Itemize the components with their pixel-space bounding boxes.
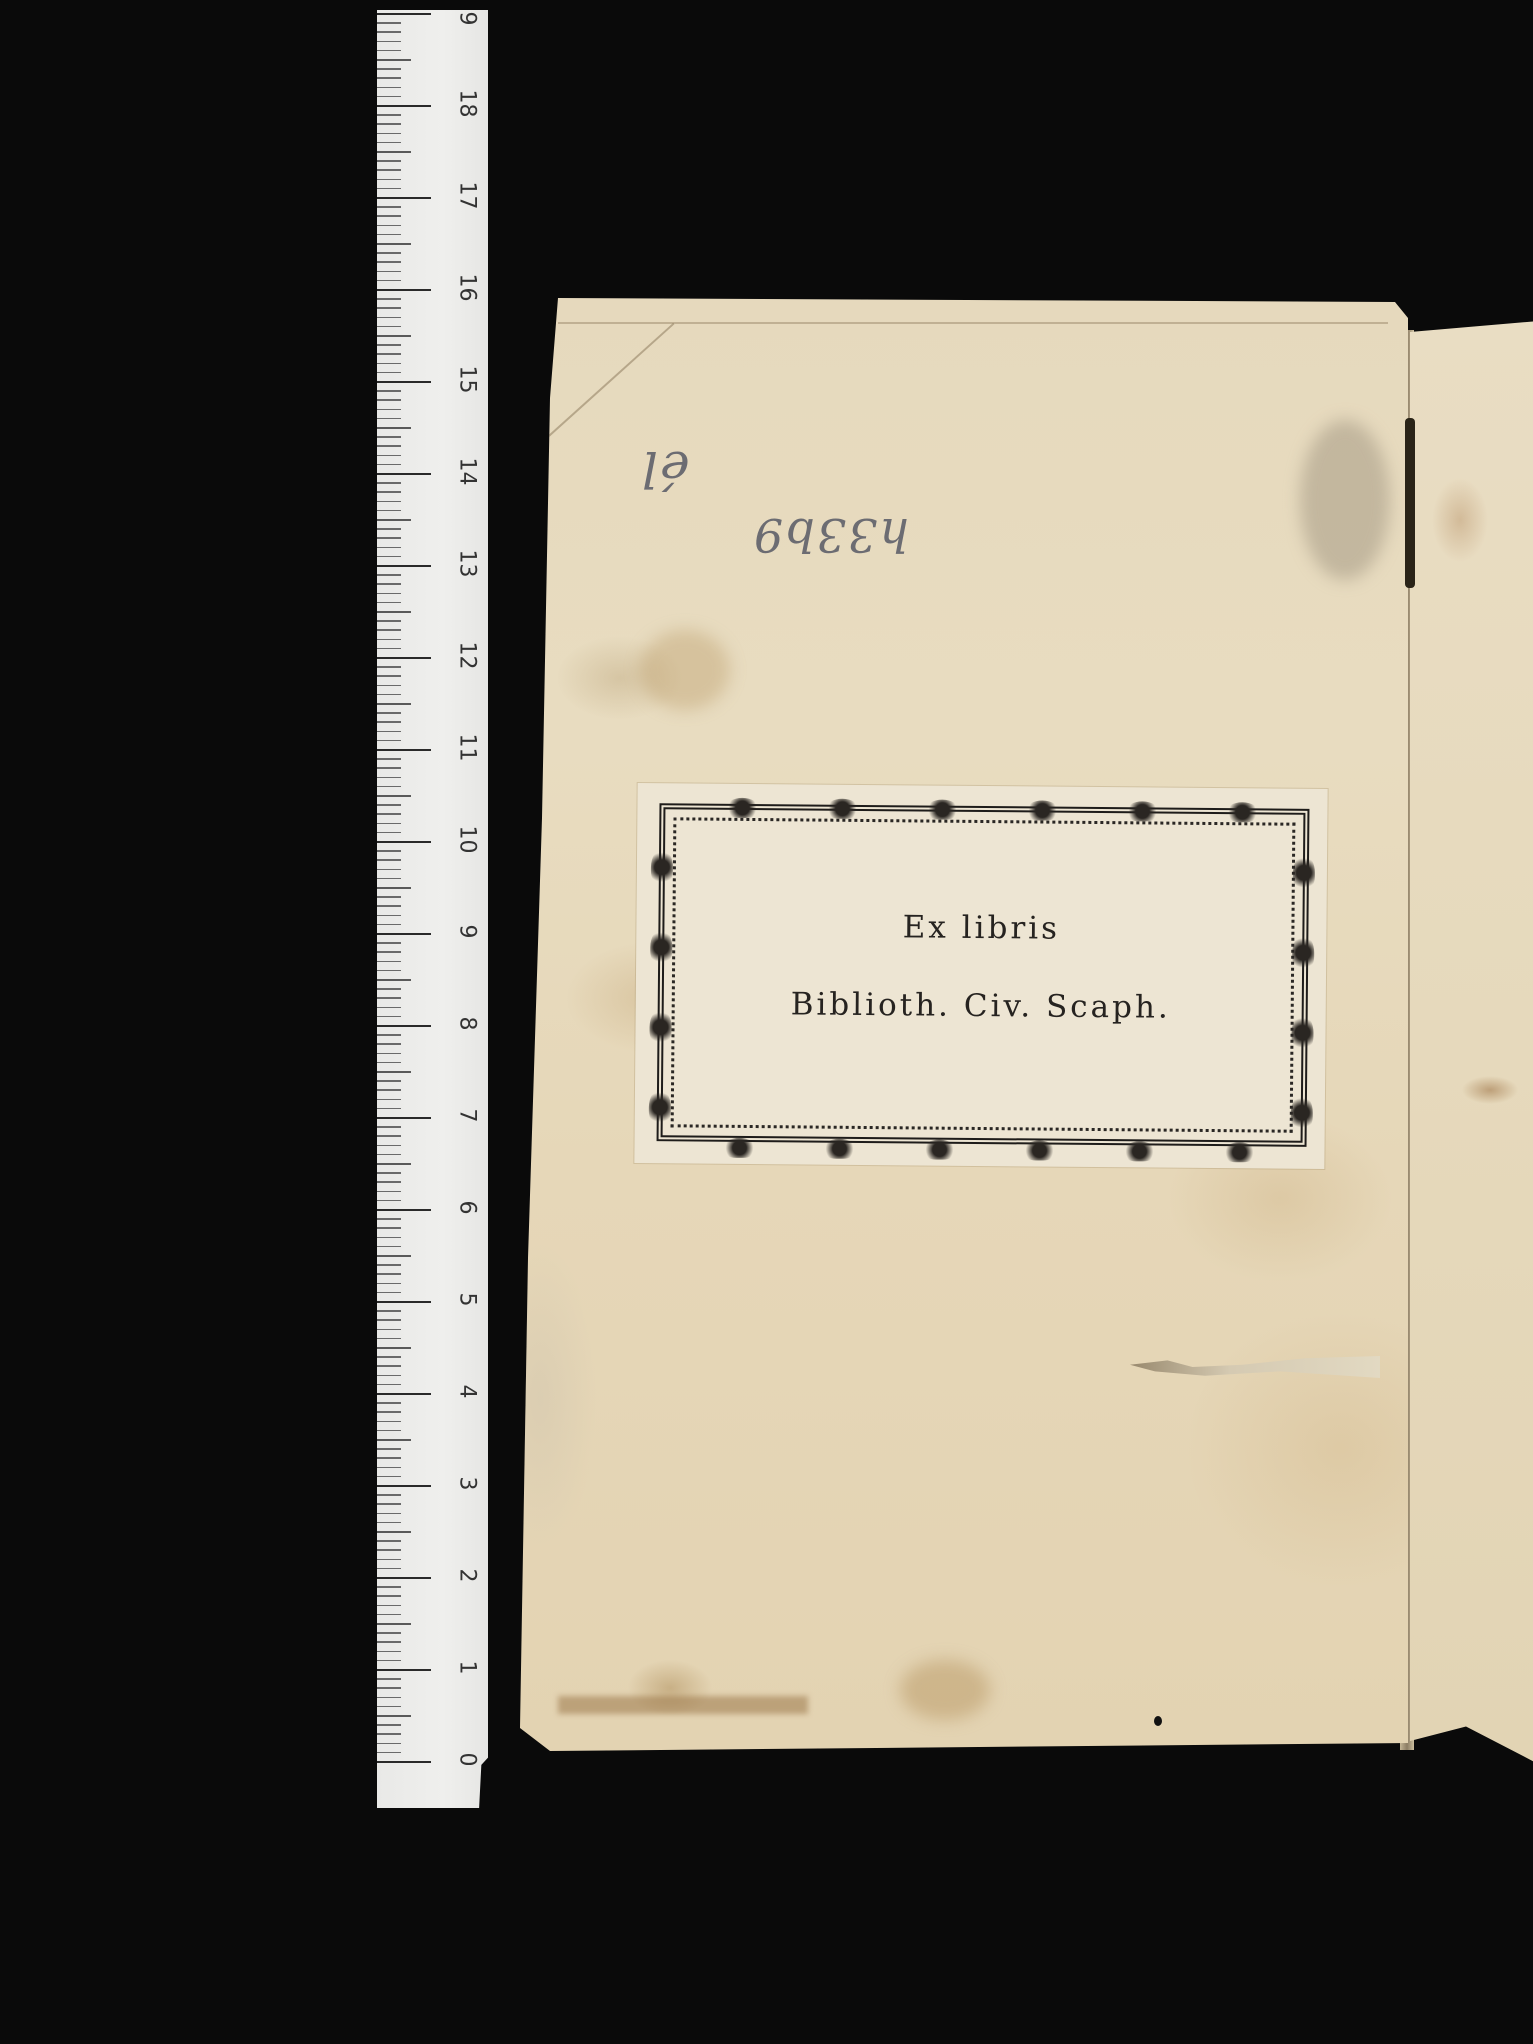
ruler-mm-tick — [377, 142, 401, 144]
ruler-mm-tick — [377, 77, 401, 79]
ruler-label: 15 — [455, 360, 480, 400]
ruler-mm-tick — [377, 1135, 401, 1137]
ruler-mm-tick — [377, 1043, 401, 1045]
ruler-mm-tick — [377, 528, 401, 530]
ruler-mm-tick — [377, 280, 401, 282]
ruler-mm-tick — [377, 353, 401, 355]
ruler-mm-tick — [377, 123, 401, 125]
ruler-mm-tick — [377, 1651, 401, 1653]
ruler-mm-tick — [377, 675, 401, 677]
ruler-mm-tick — [377, 1329, 401, 1331]
border-flourish — [1222, 1142, 1256, 1162]
ruler-mm-tick — [377, 50, 401, 52]
ruler-mm-tick — [377, 1540, 401, 1542]
ruler-mm-tick — [377, 1687, 401, 1689]
ruler-mm-tick — [377, 1605, 401, 1607]
ruler-mm-tick — [377, 22, 401, 24]
ruler-mm-tick — [377, 445, 401, 447]
ruler-mm-tick — [377, 593, 401, 595]
border-flourish — [822, 1139, 856, 1159]
ruler-mm-tick — [377, 823, 401, 825]
pencil-mark-1: él — [640, 440, 690, 498]
ruler-mm-tick — [377, 1678, 401, 1680]
ruler-mm-tick — [377, 869, 401, 871]
ruler-mm-tick — [377, 758, 401, 760]
ruler-mm-tick — [377, 418, 401, 420]
ruler-label: 14 — [455, 452, 480, 492]
ruler-mm-tick — [377, 1513, 401, 1515]
ruler-mm-tick — [377, 1595, 401, 1597]
ruler-mm-tick — [377, 271, 401, 273]
ruler-mm-tick — [377, 501, 401, 503]
border-flourish — [1293, 855, 1315, 891]
ruler-mm-tick — [377, 1568, 401, 1570]
ruler-mm-tick — [377, 1089, 401, 1091]
ruler-label: 6 — [455, 1188, 480, 1228]
ruler-cm-tick — [377, 13, 431, 15]
ruler-mm-tick — [377, 1375, 401, 1377]
ruler-cm-tick — [377, 1117, 431, 1119]
ruler-mm-tick — [377, 1660, 401, 1662]
ruler-mm-tick — [377, 1191, 401, 1193]
ruler-cm-tick — [377, 1209, 431, 1211]
ruler-mm-tick — [377, 87, 401, 89]
ruler-mm-tick — [377, 767, 401, 769]
ruler-mm-tick — [377, 261, 401, 263]
ruler-mm-tick — [377, 1439, 411, 1441]
ruler-cm-tick — [377, 289, 431, 291]
ruler-mm-tick — [377, 133, 401, 135]
bookplate-heading: Ex libris — [636, 907, 1326, 949]
ruler-mm-tick — [377, 1430, 401, 1432]
ruler-mm-tick — [377, 1071, 411, 1073]
ruler-mm-tick — [377, 795, 411, 797]
ruler-label: 13 — [455, 544, 480, 584]
ruler-mm-tick — [377, 777, 401, 779]
ruler-mm-tick — [377, 1697, 401, 1699]
ruler-label: 8 — [455, 1004, 480, 1044]
ruler-cm-tick — [377, 1485, 431, 1487]
corner-crease — [539, 323, 674, 445]
ruler-mm-tick — [377, 243, 411, 245]
ruler-label: 4 — [455, 1372, 480, 1412]
ruler-cm-tick — [377, 1669, 431, 1671]
ruler-cm-tick — [377, 749, 431, 751]
measuring-ruler: 012345678910111213141516171819 — [377, 10, 488, 1808]
ruler-mm-tick — [377, 1743, 401, 1745]
ruler-mm-tick — [377, 1347, 411, 1349]
ruler-mm-tick — [377, 1448, 401, 1450]
ruler-mm-tick — [377, 1586, 401, 1588]
ruler-mm-tick — [377, 915, 401, 917]
ruler-mm-tick — [377, 68, 401, 70]
ruler-mm-tick — [377, 1145, 401, 1147]
ruler-cm-tick — [377, 105, 431, 107]
ruler-mm-tick — [377, 1319, 401, 1321]
ruler-cm-tick — [377, 657, 431, 659]
ruler-mm-tick — [377, 832, 401, 834]
ruler-mm-tick — [377, 574, 401, 576]
ruler-cm-tick — [377, 565, 431, 567]
ruler-mm-tick — [377, 1411, 401, 1413]
ruler-mm-tick — [377, 1007, 401, 1009]
border-flourish — [649, 1089, 671, 1125]
ruler-mm-tick — [377, 409, 401, 411]
ruler-mm-tick — [377, 1522, 401, 1524]
ruler-mm-tick — [377, 491, 401, 493]
ruler-mm-tick — [377, 510, 401, 512]
ruler-mm-tick — [377, 59, 411, 61]
ruler-mm-tick — [377, 804, 401, 806]
ruler-label: 9 — [455, 912, 480, 952]
ruler-mm-tick — [377, 1531, 411, 1533]
ruler-label: 0 — [455, 1740, 480, 1780]
ruler-mm-tick — [377, 1503, 401, 1505]
ruler-mm-tick — [377, 1476, 401, 1478]
ruler-mm-tick — [377, 712, 401, 714]
border-flourish — [925, 800, 959, 820]
border-flourish — [1125, 801, 1159, 821]
pencil-mark-2: h33b9 — [752, 508, 909, 562]
ruler-mm-tick — [377, 556, 401, 558]
ruler-mm-tick — [377, 583, 401, 585]
ruler-mm-tick — [377, 519, 411, 521]
border-flourish — [722, 1138, 756, 1158]
ruler-label: 1 — [455, 1648, 480, 1688]
ruler-mm-tick — [377, 961, 401, 963]
ruler-mm-tick — [377, 1724, 401, 1726]
ruler-mm-tick — [377, 1126, 401, 1128]
ruler-mm-tick — [377, 234, 401, 236]
ruler-mm-tick — [377, 179, 401, 181]
ruler-mm-tick — [377, 1034, 401, 1036]
ruler-label: 19 — [455, 0, 480, 32]
ruler-mm-tick — [377, 1365, 401, 1367]
top-fold-line — [558, 322, 1388, 324]
ruler-mm-tick — [377, 307, 401, 309]
ruler-mm-tick — [377, 951, 401, 953]
ruler-mm-tick — [377, 1218, 401, 1220]
ruler-mm-tick — [377, 547, 401, 549]
ruler-mm-tick — [377, 1292, 401, 1294]
ruler-mm-tick — [377, 151, 411, 153]
foxing-stain — [900, 1660, 990, 1720]
ruler-mm-tick — [377, 1154, 401, 1156]
ruler-mm-tick — [377, 1264, 401, 1266]
border-flourish — [725, 798, 759, 818]
right-flyleaf-page — [1410, 320, 1533, 1770]
border-flourish — [1022, 1140, 1056, 1160]
ruler-mm-tick — [377, 1163, 411, 1165]
ruler-mm-tick — [377, 942, 401, 944]
ruler-mm-tick — [377, 215, 401, 217]
ruler-mm-tick — [377, 1255, 411, 1257]
ruler-mm-tick — [377, 1237, 401, 1239]
ruler-mm-tick — [377, 602, 401, 604]
ruler-label: 2 — [455, 1556, 480, 1596]
ruler-mm-tick — [377, 639, 401, 641]
ruler-mm-tick — [377, 1172, 401, 1174]
ruler-mm-tick — [377, 1181, 401, 1183]
ruler-cm-tick — [377, 197, 431, 199]
ruler-mm-tick — [377, 1356, 401, 1358]
ruler-mm-tick — [377, 611, 411, 613]
ruler-mm-tick — [377, 887, 411, 889]
ruler-mm-tick — [377, 988, 401, 990]
ruler-mm-tick — [377, 1053, 401, 1055]
ruler-mm-tick — [377, 1227, 401, 1229]
ruler-mm-tick — [377, 1467, 401, 1469]
ruler-mm-tick — [377, 924, 401, 926]
ruler-mm-tick — [377, 1706, 401, 1708]
ruler-mm-tick — [377, 740, 401, 742]
water-stain — [558, 1696, 808, 1714]
ruler-label: 12 — [455, 636, 480, 676]
ruler-mm-tick — [377, 1715, 411, 1717]
floral-border-ornament — [657, 803, 1310, 1147]
ruler-mm-tick — [377, 1623, 411, 1625]
ruler-mm-tick — [377, 1402, 401, 1404]
ruler-mm-tick — [377, 363, 401, 365]
ruler-mm-tick — [377, 685, 401, 687]
ruler-mm-tick — [377, 905, 401, 907]
ruler-mm-tick — [377, 1549, 401, 1551]
ruler-label: 18 — [455, 84, 480, 124]
ruler-cm-tick — [377, 933, 431, 935]
ruler-mm-tick — [377, 648, 401, 650]
ruler-mm-tick — [377, 850, 401, 852]
ruler-mm-tick — [377, 1457, 401, 1459]
ruler-mm-tick — [377, 344, 401, 346]
ruler-mm-tick — [377, 1384, 401, 1386]
ruler-mm-tick — [377, 859, 401, 861]
ruler-cm-tick — [377, 1025, 431, 1027]
ruler-mm-tick — [377, 878, 401, 880]
ruler-mm-tick — [377, 731, 401, 733]
ruler-label: 3 — [455, 1464, 480, 1504]
ruler-mm-tick — [377, 970, 401, 972]
ruler-mm-tick — [377, 1310, 401, 1312]
spine-tear — [1405, 418, 1415, 588]
ruler-mm-tick — [377, 703, 411, 705]
ruler-cm-tick — [377, 1301, 431, 1303]
ruler-mm-tick — [377, 482, 401, 484]
ruler-mm-tick — [377, 335, 411, 337]
ruler-mm-tick — [377, 427, 411, 429]
ruler-cm-tick — [377, 473, 431, 475]
ruler-mm-tick — [377, 1273, 401, 1275]
ruler-mm-tick — [377, 298, 401, 300]
ruler-cm-tick — [377, 1393, 431, 1395]
ruler-mm-tick — [377, 317, 401, 319]
ruler-mm-tick — [377, 372, 401, 374]
border-flourish — [825, 799, 859, 819]
ruler-mm-tick — [377, 537, 401, 539]
bookplate-owner: Biblioth. Civ. Scaph. — [636, 985, 1326, 1027]
ruler-mm-tick — [377, 666, 401, 668]
ruler-mm-tick — [377, 1752, 401, 1754]
ruler-mm-tick — [377, 252, 401, 254]
ruler-mm-tick — [377, 1062, 401, 1064]
ruler-mm-tick — [377, 786, 401, 788]
foxing-stain — [640, 630, 730, 710]
ruler-mm-tick — [377, 813, 401, 815]
ruler-mm-tick — [377, 225, 401, 227]
ruler-mm-tick — [377, 1108, 401, 1110]
ruler-cm-tick — [377, 841, 431, 843]
ruler-mm-tick — [377, 1421, 401, 1423]
ruler-mm-tick — [377, 455, 401, 457]
ruler-mm-tick — [377, 169, 401, 171]
ruler-mm-tick — [377, 694, 401, 696]
border-flourish — [1025, 800, 1059, 820]
ruler-mm-tick — [377, 1283, 401, 1285]
border-flourish — [1225, 802, 1259, 822]
ruler-mm-tick — [377, 188, 401, 190]
border-flourish — [1122, 1141, 1156, 1161]
ruler-mm-tick — [377, 721, 401, 723]
ruler-mm-tick — [377, 436, 401, 438]
ruler-mm-tick — [377, 1080, 401, 1082]
ruler-mm-tick — [377, 1614, 401, 1616]
ruler-mm-tick — [377, 41, 401, 43]
ruler-cm-tick — [377, 1761, 431, 1763]
ruler-label: 7 — [455, 1096, 480, 1136]
border-flourish — [922, 1139, 956, 1159]
border-flourish — [1291, 1095, 1313, 1131]
ruler-mm-tick — [377, 620, 401, 622]
ruler-mm-tick — [377, 1016, 401, 1018]
ruler-mm-tick — [377, 896, 401, 898]
ruler-mm-tick — [377, 326, 401, 328]
ruler-label: 10 — [455, 820, 480, 860]
ruler-mm-tick — [377, 1246, 401, 1248]
ruler-mm-tick — [377, 464, 401, 466]
ruler-label: 17 — [455, 176, 480, 216]
border-flourish — [651, 849, 673, 885]
ruler-label: 5 — [455, 1280, 480, 1320]
ruler-mm-tick — [377, 629, 401, 631]
ruler-mm-tick — [377, 1338, 401, 1340]
ruler-mm-tick — [377, 1641, 401, 1643]
ruler-mm-tick — [377, 96, 401, 98]
ruler-mm-tick — [377, 1632, 401, 1634]
ruler-mm-tick — [377, 1559, 401, 1561]
ruler-mm-tick — [377, 399, 401, 401]
ruler-mm-tick — [377, 31, 401, 33]
ruler-mm-tick — [377, 1494, 401, 1496]
ruler-mm-tick — [377, 1200, 401, 1202]
ruler-cm-tick — [377, 381, 431, 383]
spine-damage — [1300, 420, 1390, 580]
worm-hole — [1154, 1716, 1162, 1726]
ruler-mm-tick — [377, 997, 401, 999]
ruler-label: 16 — [455, 268, 480, 308]
ruler-mm-tick — [377, 160, 401, 162]
ruler-mm-tick — [377, 979, 411, 981]
ruler-mm-tick — [377, 1733, 401, 1735]
ruler-mm-tick — [377, 114, 401, 116]
ex-libris-bookplate: Ex libris Biblioth. Civ. Scaph. — [634, 783, 1327, 1169]
ruler-mm-tick — [377, 390, 401, 392]
ruler-cm-tick — [377, 1577, 431, 1579]
ruler-mm-tick — [377, 206, 401, 208]
ruler-mm-tick — [377, 1099, 401, 1101]
ruler-label: 11 — [455, 728, 480, 768]
